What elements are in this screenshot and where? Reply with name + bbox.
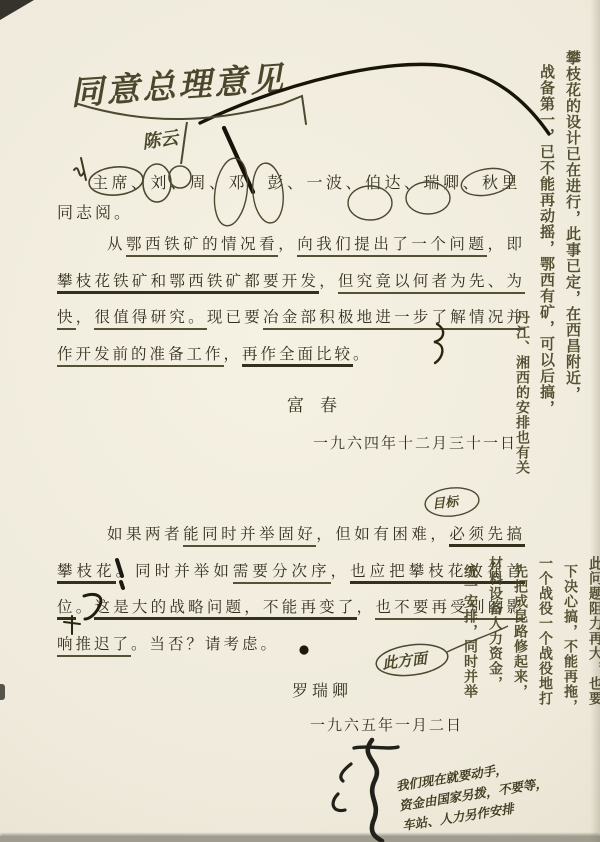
date-fuchun: 一九六四年十二月三十一日 xyxy=(313,426,517,463)
text-segment: ， xyxy=(319,273,338,290)
signature-fuchun: 富春 xyxy=(287,388,353,425)
text-segment: 攀枝花铁矿和鄂西铁矿都要开发 xyxy=(57,273,319,294)
handwritten-inserted-name: 陈云 xyxy=(140,124,179,155)
paragraph-fuchun: 从鄂西铁矿的情况看，向我们提出了一个问题，即攀枝花铁矿和鄂西铁矿都要开发，但究竟… xyxy=(57,227,525,373)
text-segment: 能同时并举固好 xyxy=(183,526,316,547)
text-segment: ， xyxy=(278,236,297,253)
text-segment: 向我们提出了一个问题 xyxy=(297,236,487,257)
text-segment: 再作全面比较 xyxy=(242,346,353,367)
text-segment: ，但如有困难， xyxy=(316,526,449,543)
text-segment: 。 xyxy=(353,346,372,363)
text-segment: 。同时并举如 xyxy=(116,563,233,580)
text-segment: 这是大的战略问题，不能再变了 xyxy=(94,599,356,620)
text-segment: 。 xyxy=(76,599,95,616)
text-segment: 。当否？请考虑。 xyxy=(131,636,279,653)
text-segment: ， xyxy=(76,309,95,326)
large-signature xyxy=(333,740,398,841)
handwritten-approval-note: 同意总理意见 xyxy=(69,53,288,115)
text-segment: 很值得研究。 xyxy=(94,309,206,330)
handwritten-check-mark xyxy=(74,158,86,180)
text-segment: ， xyxy=(357,599,376,616)
handwritten-circled-note-top: 目标 xyxy=(431,491,459,513)
signature-luoruiqing: 罗瑞卿 xyxy=(292,674,352,711)
handwritten-circled-note-bottom: 此方面 xyxy=(381,647,428,673)
text-segment: 现已要 xyxy=(207,309,263,326)
recipients-line: 主席、刘、周、邓、彭、一波、伯达、瑞卿、秋里 xyxy=(92,166,562,203)
text-segment: ， xyxy=(224,346,243,363)
scan-corner-shadow xyxy=(0,0,34,20)
banner-connector-line xyxy=(181,122,187,164)
scan-left-edge-mark xyxy=(0,684,5,700)
text-segment: 需要分次序 xyxy=(233,563,331,584)
text-segment: 鄂西铁矿的情况看 xyxy=(126,236,278,257)
margin-note-column: 攀枝花的设计已在进行，此事已定，在西昌附近， xyxy=(563,50,584,598)
scanned-document-page: 同意总理意见 陈云 主席、刘、周、邓、彭、一波、伯达、瑞卿、秋里 同志阅。 从鄂… xyxy=(0,0,600,842)
margin-note-column: 战备第一，已不能再动摇，鄂西有矿，可以后搞， xyxy=(537,64,558,598)
margin-notes-top: 攀枝花的设计已在进行，此事已定，在西昌附近，战备第一，已不能再动摇，鄂西有矿，可… xyxy=(512,50,584,598)
text-segment: 如果两者 xyxy=(107,526,183,543)
date-luoruiqing: 一九六五年一月二日 xyxy=(310,708,463,745)
margin-note-column: 丹江、湘西的安排也有关 xyxy=(512,310,532,598)
paragraph-luoruiqing: 如果两者能同时并举固好，但如有困难，必须先搞攀枝花。同时并举如需要分次序，也应把… xyxy=(57,517,525,663)
text-segment: 从 xyxy=(107,236,126,253)
text-segment: ， xyxy=(331,563,351,580)
